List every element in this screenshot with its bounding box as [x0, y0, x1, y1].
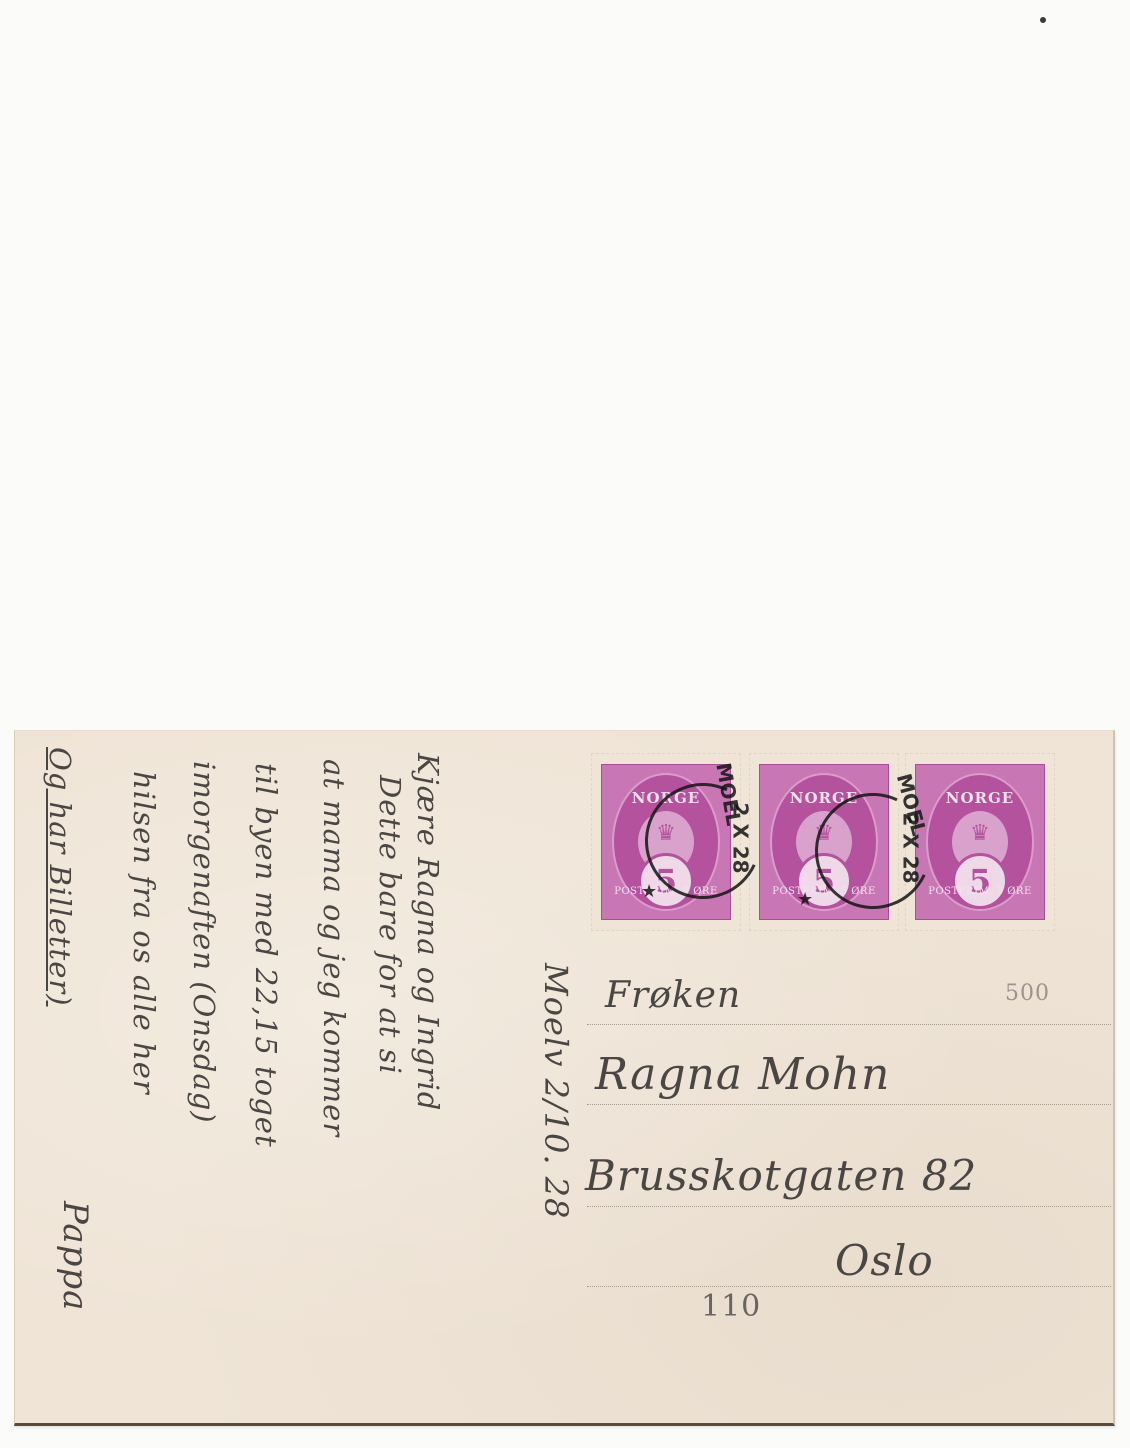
- message-line: til byen med 22,15 toget: [249, 763, 283, 1148]
- address-line: [587, 1206, 1111, 1207]
- stamp-country: NORGE: [928, 789, 1032, 807]
- address-street: Brusskotgaten 82: [585, 1151, 977, 1200]
- stamp-denomination: POSTFRIM. 5 ØRE: [928, 886, 1032, 897]
- address-salutation: Frøken: [605, 975, 741, 1016]
- star-icon: ★: [641, 881, 657, 902]
- message-signature: Pappa: [55, 1201, 95, 1311]
- crown-icon: ♛: [970, 823, 990, 845]
- message-line: Og har Billetter): [43, 747, 77, 1007]
- message-line: Dette bare for at si: [373, 775, 407, 1075]
- address-line: [587, 1104, 1111, 1105]
- message-line: Kjære Ragna og Ingrid: [411, 753, 445, 1111]
- scan-speck: [1040, 17, 1046, 23]
- price-mark: 500: [1005, 981, 1050, 1006]
- posthorn-icon: 5: [952, 853, 1008, 909]
- address-city: Oslo: [835, 1236, 934, 1285]
- catalog-number: 110: [701, 1289, 761, 1324]
- address-line: [587, 1286, 1111, 1287]
- address-name: Ragna Mohn: [595, 1049, 890, 1100]
- message-line: imorgenaften (Onsdag): [187, 761, 221, 1124]
- star-icon: ★: [797, 889, 813, 910]
- postcard: NORGE ♛ 5 POSTFRIM. 5 ØRE NORGE ♛ 5 POST…: [14, 730, 1115, 1426]
- message-line: hilsen fra os alle her: [127, 771, 161, 1095]
- message-line: at mama og jeg kommer: [317, 759, 351, 1137]
- address-line: [587, 1024, 1111, 1025]
- message-dateline: Moelv 2/10. 28: [537, 963, 575, 1403]
